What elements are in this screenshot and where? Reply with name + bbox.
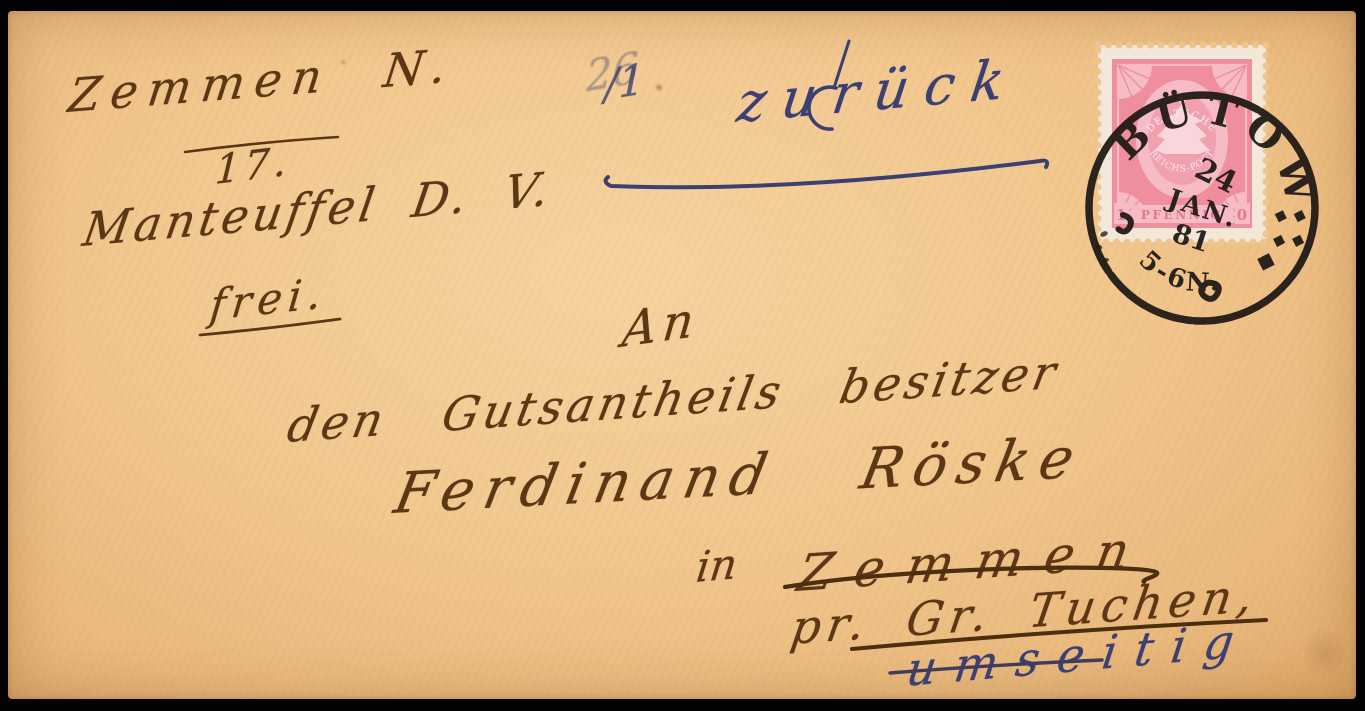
- envelope: Zemmen N. 17. Manteuffel D. V. frei. 26 …: [8, 11, 1356, 699]
- stamp-and-postmark: DEUTSCHE REICHS-POST PFENNIG 1 0: [1055, 31, 1347, 331]
- zurueck-underline-flourish: [606, 161, 1048, 188]
- franking-area: DEUTSCHE REICHS-POST PFENNIG 1 0: [1055, 31, 1347, 331]
- foxing-spot: [654, 83, 664, 92]
- sender-docket-name: Manteuffel D. V.: [80, 165, 556, 253]
- sender-docket-number: 17.: [214, 141, 291, 191]
- foxing-spot: [1304, 623, 1344, 683]
- address-salutation: An: [620, 295, 702, 355]
- cover-photo: Zemmen N. 17. Manteuffel D. V. frei. 26 …: [0, 0, 1365, 711]
- address-recipient-name: Ferdinand Röske: [390, 430, 1088, 523]
- sender-docket-frei: frei.: [208, 272, 329, 327]
- return-note-fraction: /1: [604, 58, 645, 107]
- return-note-word: zurück: [734, 51, 1023, 131]
- address-preposition: in: [694, 543, 740, 589]
- sender-docket-place: Zemmen N.: [66, 42, 459, 119]
